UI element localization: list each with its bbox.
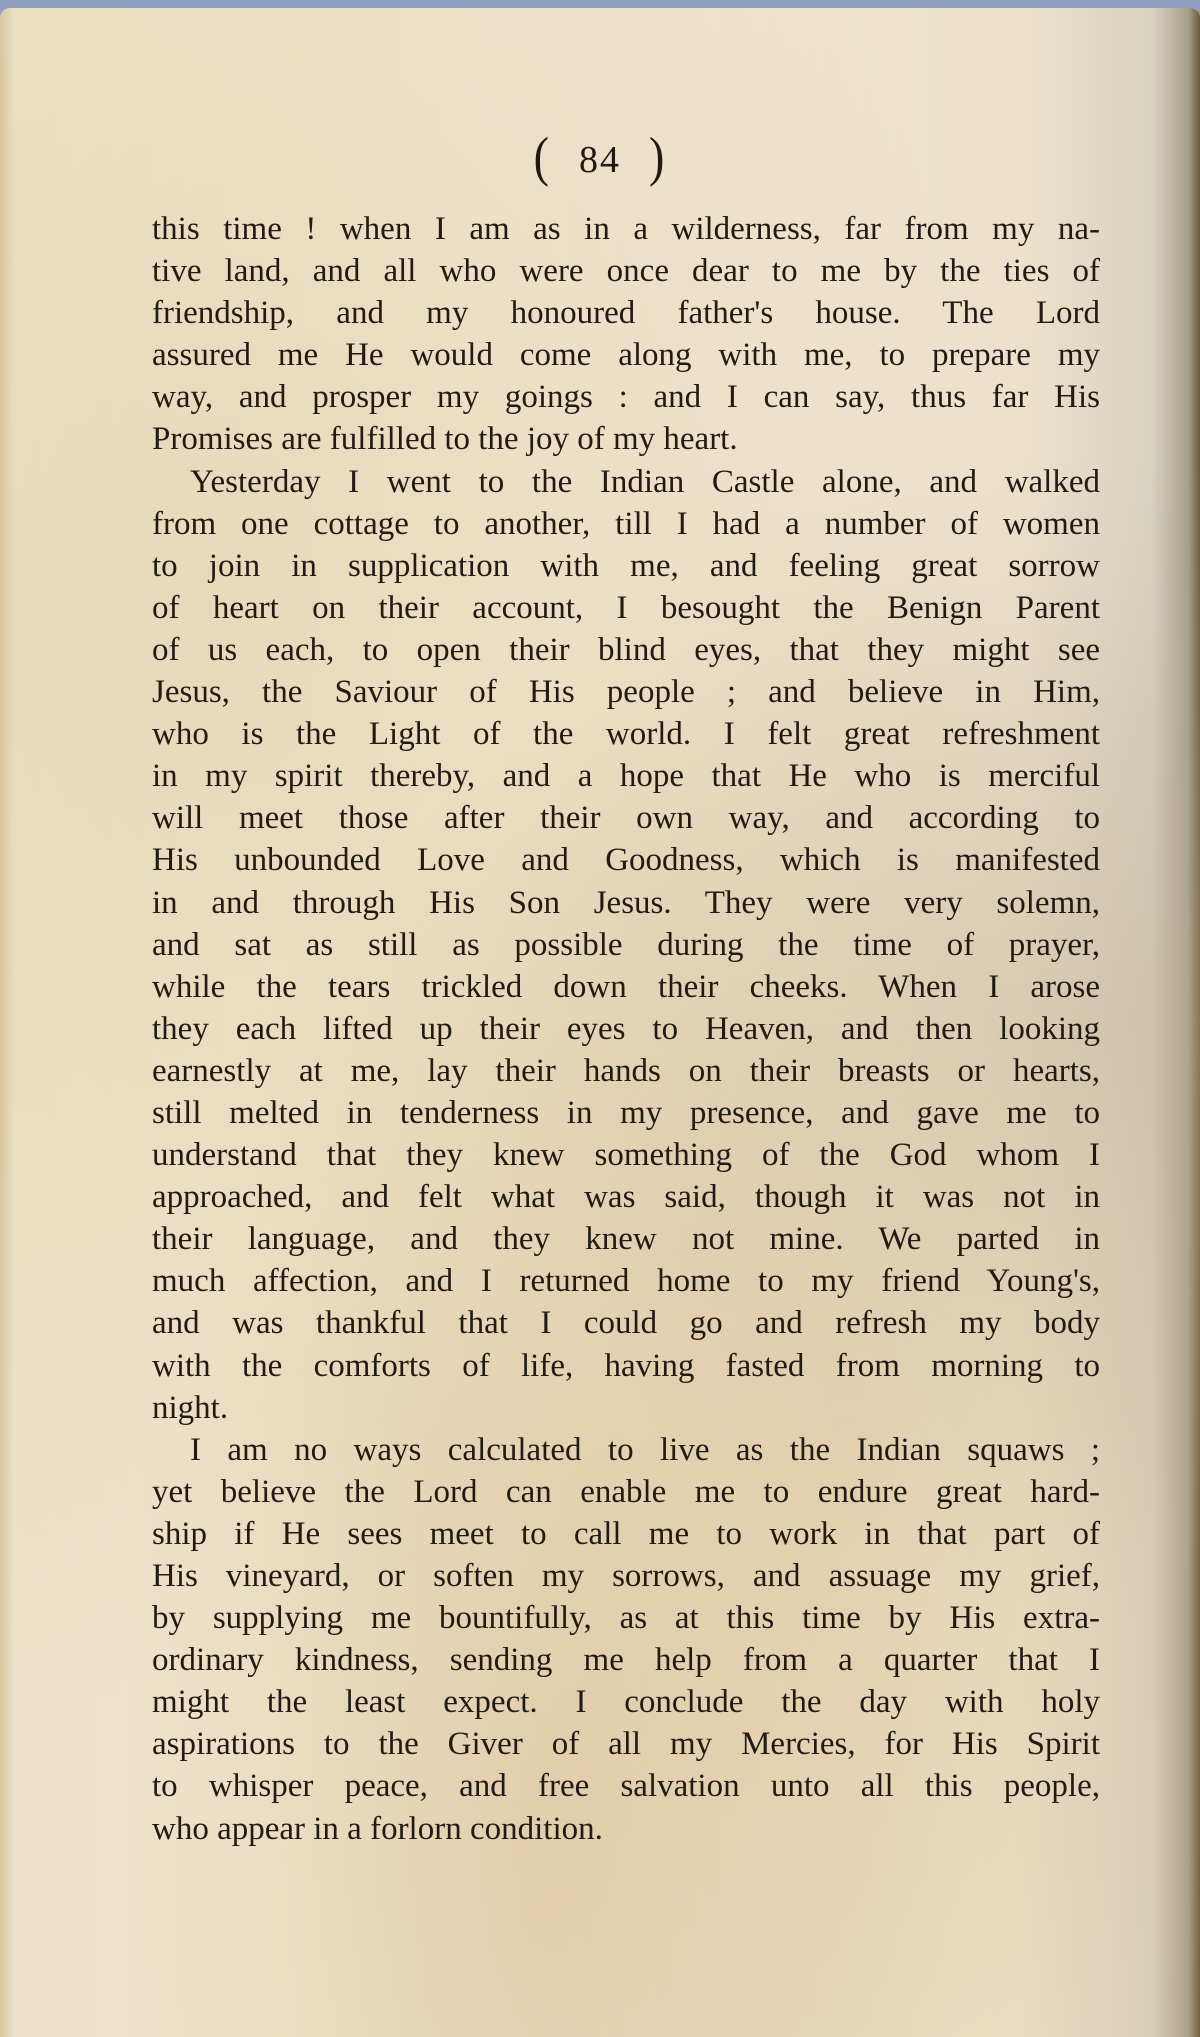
close-paren: ) — [649, 125, 666, 189]
text-line: I am no ways calculated to live as the I… — [152, 1429, 1100, 1471]
text-line: this time ! when I am as in a wilderness… — [152, 208, 1100, 250]
text-line: while the tears trickled down their chee… — [152, 966, 1100, 1008]
text-line: earnestly at me, lay their hands on thei… — [152, 1050, 1100, 1092]
paragraph-3: I am no ways calculated to live as the I… — [152, 1429, 1100, 1850]
text-line: Jesus, the Saviour of His people ; and b… — [152, 671, 1100, 713]
book-page: (84) this time ! when I am as in a wilde… — [0, 8, 1200, 2037]
text-line: night. — [152, 1387, 1100, 1429]
paragraph-2: Yesterday I went to the Indian Castle al… — [152, 461, 1100, 1429]
text-line: in my spirit thereby, and a hope that He… — [152, 755, 1100, 797]
text-line: approached, and felt what was said, thou… — [152, 1176, 1100, 1218]
text-line: still melted in tenderness in my presenc… — [152, 1092, 1100, 1134]
text-line: by supplying me bountifully, as at this … — [152, 1597, 1100, 1639]
page-number: (84) — [0, 130, 1200, 183]
text-line: friendship, and my honoured father's hou… — [152, 292, 1100, 334]
text-line: way, and prosper my goings : and I can s… — [152, 376, 1100, 418]
text-line: might the least expect. I conclude the d… — [152, 1681, 1100, 1723]
text-line: Promises are fulfilled to the joy of my … — [152, 418, 1100, 460]
text-line: ship if He sees meet to call me to work … — [152, 1513, 1100, 1555]
text-line: with the comforts of life, having fasted… — [152, 1345, 1100, 1387]
text-line: of heart on their account, I besought th… — [152, 587, 1100, 629]
body-text: this time ! when I am as in a wilderness… — [152, 208, 1100, 1850]
text-line: from one cottage to another, till I had … — [152, 503, 1100, 545]
text-line: yet believe the Lord can enable me to en… — [152, 1471, 1100, 1513]
text-line: ordinary kindness, sending me help from … — [152, 1639, 1100, 1681]
text-line: their language, and they knew not mine. … — [152, 1218, 1100, 1260]
text-line: understand that they knew something of t… — [152, 1134, 1100, 1176]
text-line: to whisper peace, and free salvation unt… — [152, 1765, 1100, 1807]
text-line: much affection, and I returned home to m… — [152, 1260, 1100, 1302]
text-line: and sat as still as possible during the … — [152, 924, 1100, 966]
page-number-value: 84 — [579, 139, 621, 181]
text-line: of us each, to open their blind eyes, th… — [152, 629, 1100, 671]
paragraph-1: this time ! when I am as in a wilderness… — [152, 208, 1100, 461]
text-line: aspirations to the Giver of all my Merci… — [152, 1723, 1100, 1765]
open-paren: ( — [534, 125, 551, 189]
text-line: Yesterday I went to the Indian Castle al… — [152, 461, 1100, 503]
text-line: His unbounded Love and Goodness, which i… — [152, 839, 1100, 881]
text-line: assured me He would come along with me, … — [152, 334, 1100, 376]
text-line: they each lifted up their eyes to Heaven… — [152, 1008, 1100, 1050]
text-line: will meet those after their own way, and… — [152, 797, 1100, 839]
text-line: His vineyard, or soften my sorrows, and … — [152, 1555, 1100, 1597]
text-line: who appear in a forlorn condition. — [152, 1808, 1100, 1850]
text-line: tive land, and all who were once dear to… — [152, 250, 1100, 292]
text-line: who is the Light of the world. I felt gr… — [152, 713, 1100, 755]
text-line: and was thankful that I could go and ref… — [152, 1302, 1100, 1344]
text-line: to join in supplication with me, and fee… — [152, 545, 1100, 587]
text-line: in and through His Son Jesus. They were … — [152, 882, 1100, 924]
